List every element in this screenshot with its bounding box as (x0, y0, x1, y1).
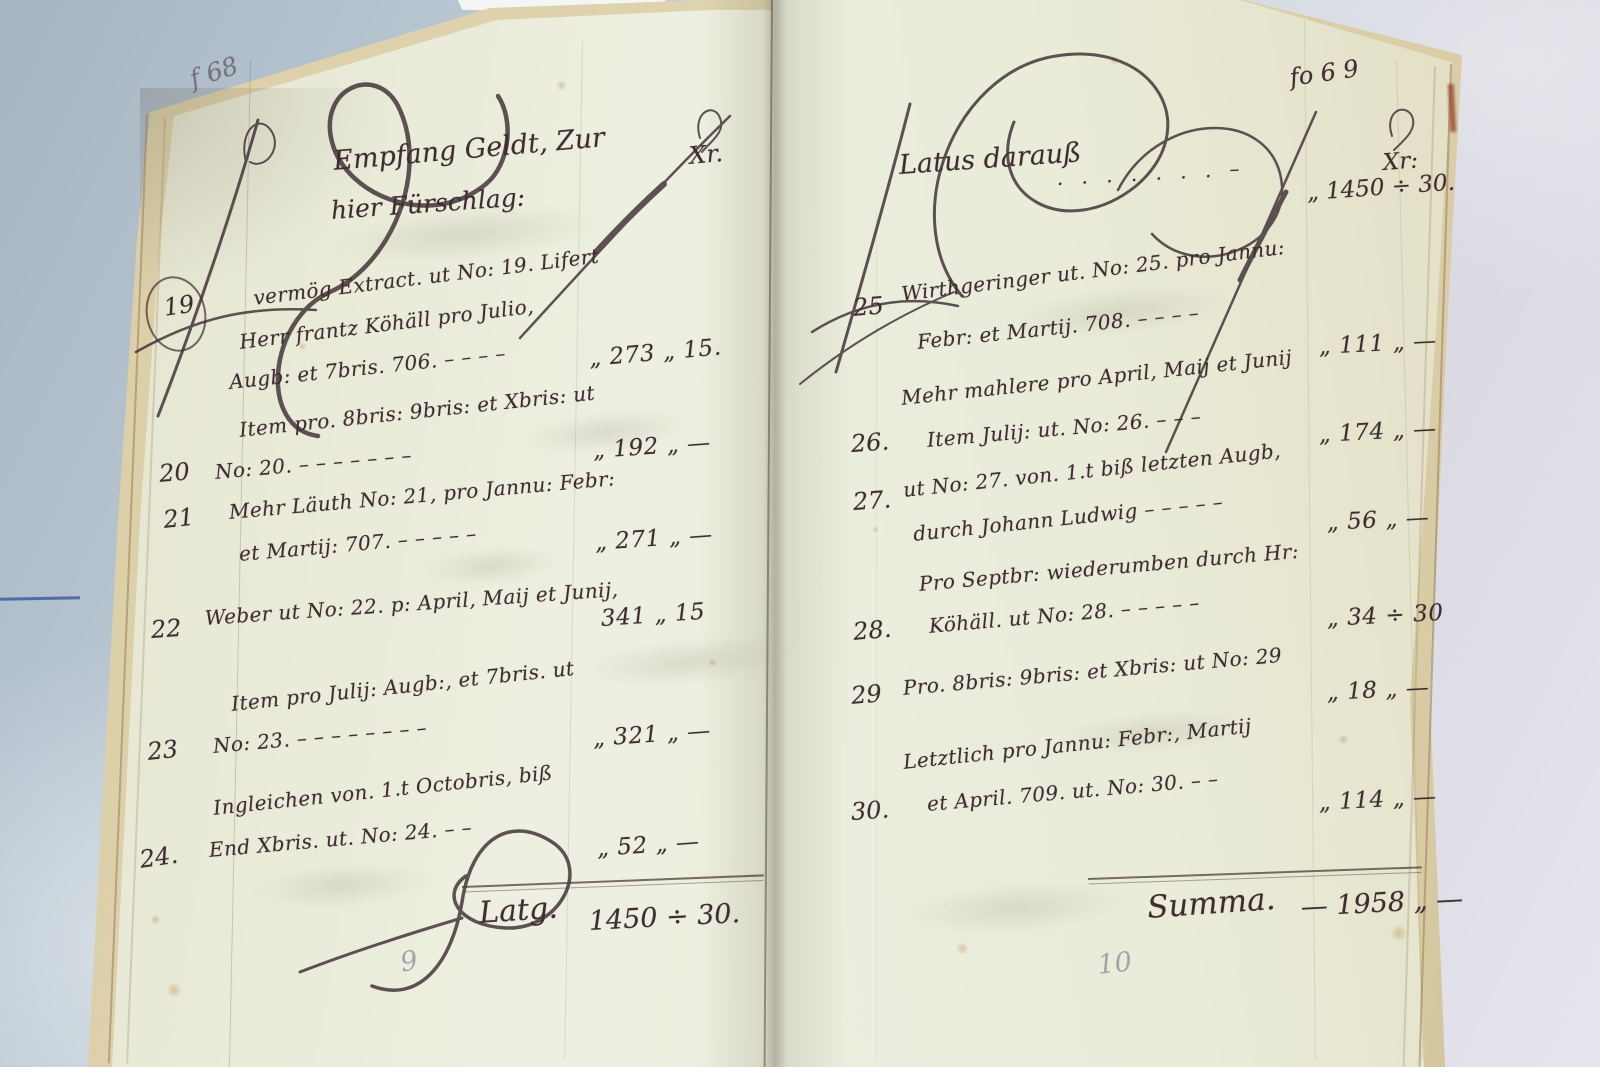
foxing-spot (1110, 56, 1119, 65)
photo-of-open-ledger: f 68 Empfang Geldt, Zur hier Fürschlag: … (0, 0, 1600, 1067)
right-pencil-page-number: 10 (1096, 946, 1133, 980)
foxing-spot (166, 982, 182, 998)
entry-22-number: 22 (150, 614, 182, 644)
foxing-spot (1390, 924, 1408, 942)
entry-20-number: 20 (158, 457, 191, 488)
entry-24-number: 24. (138, 841, 180, 874)
entry-25-number: 25 (852, 291, 885, 322)
entry-29-number: 29 (850, 679, 883, 710)
entry-27-number: 27. (852, 485, 892, 516)
entry-23-number: 23 (146, 735, 179, 766)
entry-21-number: 21 (162, 503, 195, 534)
entry-28-number: 28. (852, 615, 892, 646)
foxing-spot (872, 526, 879, 533)
entry-26-number: 26. (850, 427, 890, 458)
entry-27-amount: „ 56 „ — (1326, 505, 1430, 536)
entry-29-amount: „ 18 „ — (1326, 675, 1430, 706)
foxing-spot (150, 914, 161, 925)
left-total-label: Latg. (478, 891, 559, 931)
foxing-spot (1338, 734, 1349, 745)
entry-19-number: 19 (162, 290, 196, 322)
foxing-spot (556, 80, 567, 91)
blue-line-on-table (0, 596, 80, 600)
foxing-spot (956, 942, 969, 955)
foxing-spot (708, 658, 717, 667)
entry-30-number: 30. (850, 795, 890, 826)
left-kreuzer-column-header: Xr. (688, 139, 724, 170)
